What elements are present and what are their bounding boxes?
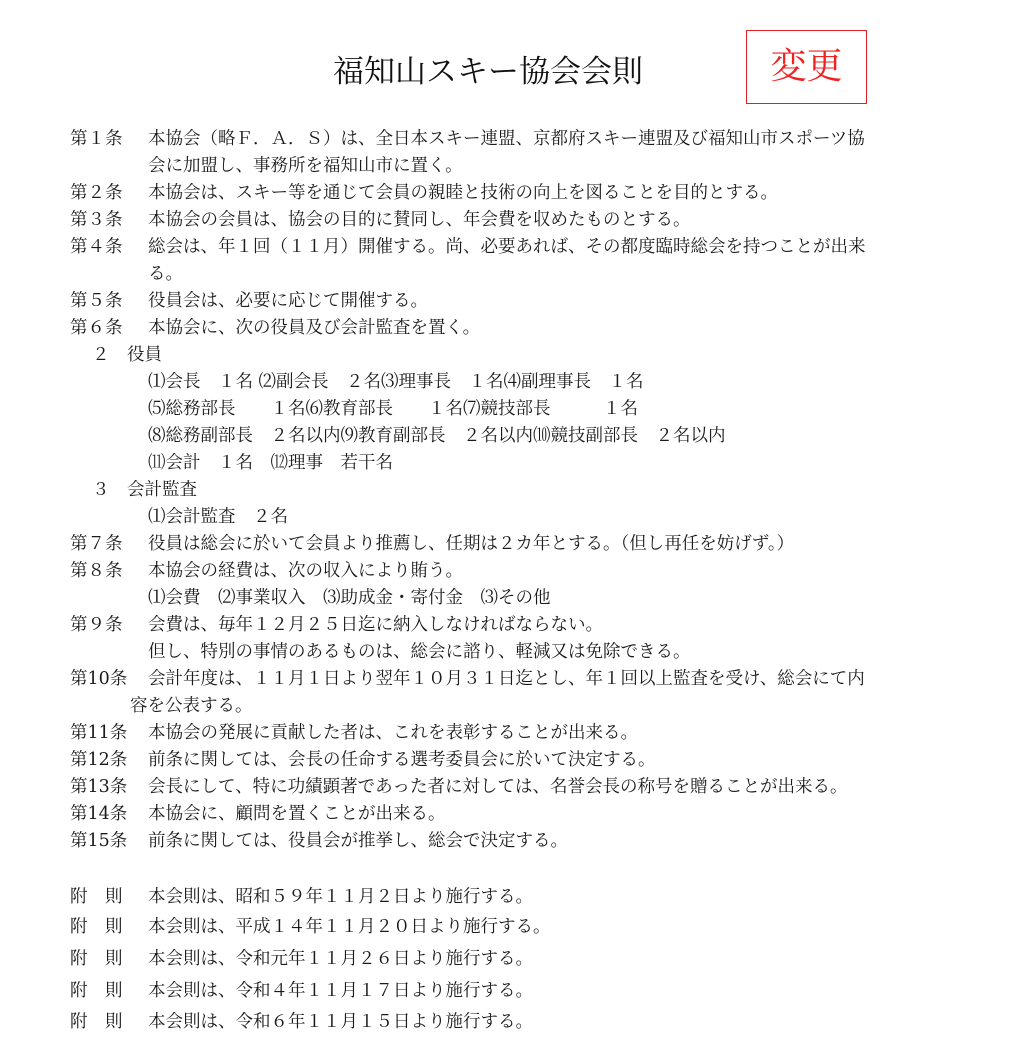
article-text: 役員会は、必要に応じて開催する。 — [148, 289, 428, 313]
article-text: る。 — [148, 262, 183, 286]
article-text: 前条に関しては、会長の任命する選考委員会に於いて決定する。 — [148, 748, 656, 772]
article-text: 本協会の経費は、次の収入により賄う。 — [148, 559, 463, 583]
article-label: 第11条 — [70, 721, 127, 745]
supplementary-text: 本会則は、昭和５９年１１月２日より施行する。 — [148, 885, 533, 909]
supplementary-text: 本会則は、令和元年１１月２６日より施行する。 — [148, 947, 533, 971]
supplementary-text: 本会則は、平成１４年１１月２０日より施行する。 — [148, 915, 551, 939]
article-label: 第８条 — [70, 559, 123, 583]
article-label: 第14条 — [70, 802, 127, 826]
article-text: 会費は、毎年１２月２５日迄に納入しなければならない。 — [148, 613, 603, 637]
supplementary-label: 附 則 — [70, 979, 123, 1003]
article-text: 総会は、年１回（１１月）開催する。尚、必要あれば、その都度臨時総会を持つことが出… — [148, 235, 866, 259]
article-8-income-list: ⑴会費 ⑵事業収入 ⑶助成金・寄付金 ⑶その他 — [148, 586, 551, 610]
document-title: 福知山スキー協会会則 — [333, 50, 643, 94]
auditors-row: ⑴会計監査 ２名 — [148, 505, 288, 529]
article-text: 本協会に、顧問を置くことが出来る。 — [148, 802, 446, 826]
auditors-heading: ３ 会計監査 — [92, 478, 197, 502]
officers-row: ⑾会計 １名 ⑿理事 若干名 — [148, 451, 393, 475]
article-label: 第13条 — [70, 775, 127, 799]
article-text: 本協会は、スキー等を通じて会員の親睦と技術の向上を図ることを目的とする。 — [148, 181, 778, 205]
article-label: 第６条 — [70, 316, 123, 340]
article-label: 第９条 — [70, 613, 123, 637]
article-label: 第３条 — [70, 208, 123, 232]
supplementary-label: 附 則 — [70, 947, 123, 971]
article-9-cont: 但し、特別の事情のあるものは、総会に諮り、軽減又は免除できる。 — [148, 640, 691, 664]
supplementary-label: 附 則 — [70, 1010, 123, 1034]
article-label: 第15条 — [70, 829, 127, 853]
article-text: 本協会（略Ｆ．Ａ．Ｓ）は、全日本スキー連盟、京都府スキー連盟及び福知山市スポーツ… — [148, 127, 865, 151]
article-label: 第４条 — [70, 235, 123, 259]
article-label: 第２条 — [70, 181, 123, 205]
officers-heading: ２ 役員 — [92, 343, 162, 367]
officers-row: ⑻総務副部長 ２名以内⑼教育副部長 ２名以内⑽競技副部長 ２名以内 — [148, 424, 726, 448]
article-label: 第10条 — [70, 667, 127, 691]
supplementary-text: 本会則は、令和４年１１月１７日より施行する。 — [148, 979, 533, 1003]
article-text: 会計年度は、１１月１日より翌年１０月３１日迄とし、年１回以上監査を受け、総会にて… — [148, 667, 865, 691]
supplementary-label: 附 則 — [70, 915, 123, 939]
article-label: 第７条 — [70, 532, 123, 556]
officers-row: ⑴会長 １名 ⑵副会長 ２名⑶理事長 １名⑷副理事長 １名 — [148, 370, 644, 394]
article-text: 役員は総会に於いて会員より推薦し、任期は２カ年とする。（但し再任を妨げず。） — [148, 532, 794, 556]
supplementary-text: 本会則は、令和６年１１月１５日より施行する。 — [148, 1010, 533, 1034]
change-stamp: 変更 — [746, 30, 867, 104]
article-text: 本協会の会員は、協会の目的に賛同し、年会費を収めたものとする。 — [148, 208, 691, 232]
supplementary-label: 附 則 — [70, 885, 123, 909]
article-text: 本協会に、次の役員及び会計監査を置く。 — [148, 316, 480, 340]
article-label: 第12条 — [70, 748, 127, 772]
officers-row: ⑸総務部長 １名⑹教育部長 １名⑺競技部長 １名 — [148, 397, 638, 421]
article-text: 本協会の発展に貢献した者は、これを表彰することが出来る。 — [148, 721, 638, 745]
article-text: 前条に関しては、役員会が推挙し、総会で決定する。 — [148, 829, 568, 853]
article-label: 第１条 — [70, 127, 123, 151]
article-10-cont: 容を公表する。 — [130, 694, 253, 718]
article-text: 会に加盟し、事務所を福知山市に置く。 — [148, 154, 463, 178]
article-label: 第５条 — [70, 289, 123, 313]
article-text: 会長にして、特に功績顕著であった者に対しては、名誉会長の称号を贈ることが出来る。 — [148, 775, 847, 799]
